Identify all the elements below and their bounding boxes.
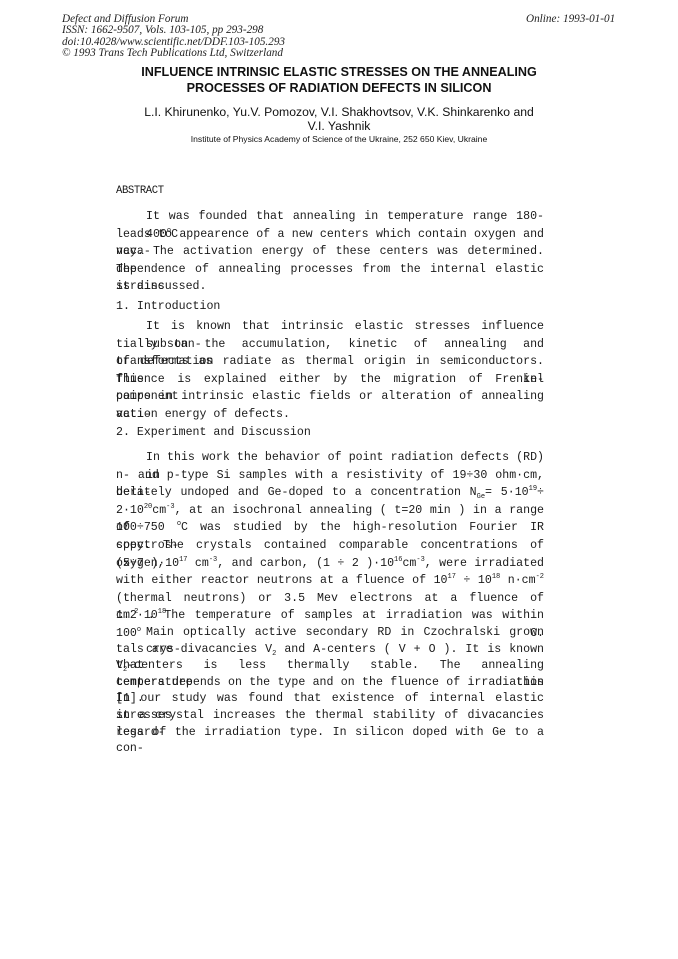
abstract-line: ncy. The activation energy of these cent… (116, 243, 544, 261)
intro-line: of defects as radiate as thermal origin … (116, 353, 544, 371)
section-heading-introduction: 1. Introduction (116, 298, 544, 315)
online-date: Online: 1993-01-01 (526, 14, 615, 25)
intro-line: fluence is explained either by the migra… (116, 371, 544, 389)
experiment-line: in a crystal increases the thermal stabi… (116, 708, 544, 725)
experiment-line: (5÷7 )·1017 cm-3, and carbon, (1 ÷ 2 )·1… (116, 555, 544, 573)
intro-line: It is known that intrinsic elastic stres… (116, 318, 544, 336)
author-list: L.I. Khirunenko, Yu.V. Pomozov, V.I. Sha… (0, 105, 678, 133)
abstract-heading: ABSTRACT (116, 183, 544, 200)
abstract-line: leads to appearence of a new centers whi… (116, 226, 544, 244)
abstract-section: ABSTRACT It was founded that annealing i… (116, 183, 544, 296)
abstract-line: dependence of annealing processes from t… (116, 261, 544, 279)
experiment-line: cm-2 . The temperature of samples at irr… (116, 607, 544, 625)
experiment-line: V2-centers is less thermally stable. The… (116, 658, 544, 675)
intro-line: pairs in intrinsic elastic fields or alt… (116, 388, 544, 406)
introduction-section: 1. Introduction It is known that intrins… (116, 298, 544, 424)
experiment-section: 2. Experiment and Discussion In this wor… (116, 424, 544, 741)
paper-title: INFLUENCE INTRINSIC ELASTIC STRESSES ON … (0, 64, 678, 96)
authors-line-2: V.I. Yashnik (0, 119, 678, 133)
experiment-line: centers depends on the type and on the f… (116, 675, 544, 692)
intro-line: vation energy of defects. (116, 406, 544, 424)
intro-line: tially on the accumulation, kinetic of a… (116, 336, 544, 354)
experiment-line: In this work the behavior of point radia… (116, 449, 544, 467)
experiment-line: copy. The crystals contained comparable … (116, 537, 544, 555)
experiment-line: tals are divacancies V2 and A-centers ( … (116, 642, 544, 659)
experiment-line: n- and p-type Si samples with a resistiv… (116, 467, 544, 485)
title-line-1: INFLUENCE INTRINSIC ELASTIC STRESSES ON … (0, 64, 678, 80)
title-line-2: PROCESSES OF RADIATION DEFECTS IN SILICO… (0, 80, 678, 96)
experiment-line: 100÷750 oC was studied by the high-resol… (116, 519, 544, 537)
experiment-line: (thermal neutrons) or 3.5 Mev electrons … (116, 590, 544, 608)
abstract-line: is discussed. (116, 278, 544, 296)
authors-line-1: L.I. Khirunenko, Yu.V. Pomozov, V.I. Sha… (0, 105, 678, 119)
affiliation: Institute of Physics Academy of Science … (0, 134, 678, 145)
abstract-line: It was founded that annealing in tempera… (116, 208, 544, 226)
journal-header: Defect and Diffusion Forum ISSN: 1662-95… (62, 14, 285, 60)
experiment-line: with either reactor neutrons at a fluenc… (116, 572, 544, 590)
experiment-line: 2·1020cm-3, at an isochronal annealing (… (116, 502, 544, 520)
experiment-line: In our study was found that existence of… (116, 691, 544, 708)
experiment-line: berately undoped and Ge-doped to a conce… (116, 484, 544, 502)
experiment-line: Main optically active secondary RD in Cz… (116, 625, 544, 642)
copyright-line: © 1993 Trans Tech Publications Ltd, Swit… (62, 48, 285, 59)
experiment-line: less of the irradiation type. In silicon… (116, 725, 544, 742)
section-heading-experiment: 2. Experiment and Discussion (116, 424, 544, 441)
